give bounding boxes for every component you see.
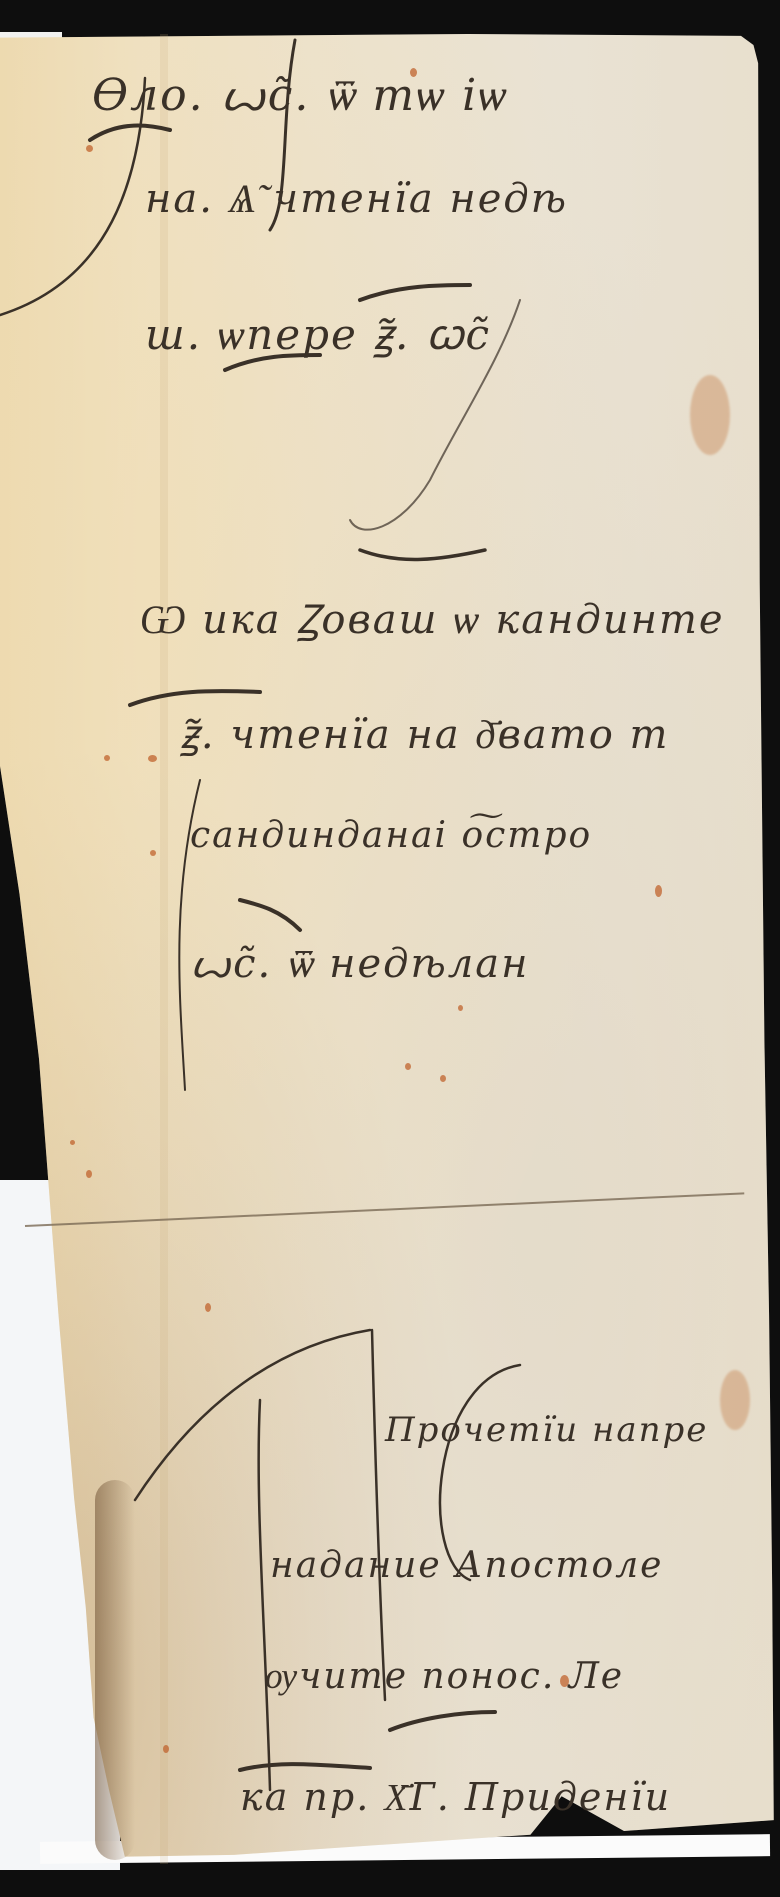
manuscript-line: ꙃ̃. чтенїа на д҃вато т [180,705,669,760]
manuscript-line: ш. ѡпере ꙃ̃. ꙍс̃ [145,305,491,362]
stain-cluster [690,375,730,455]
worn-edge-shadow [95,1480,135,1860]
stain-cluster [720,1370,750,1430]
stain-dot [150,850,156,856]
manuscript-line: на. Ѧ̃ чтенїа недѣ [145,175,568,222]
stain-dot [405,1063,411,1070]
stain-dot [163,1745,169,1753]
stain-dot [655,885,662,897]
stain-dot [148,755,157,762]
manuscript-line: Прочетїи напре [385,1410,708,1450]
manuscript-line: ѹчите понос. Ле [265,1655,624,1697]
manuscript-line: надание Апостоле [270,1545,663,1586]
manuscript-line: ка пр. Х҃Г. Приденїи [240,1775,671,1820]
manuscript-line: сандинданаі о͠стро [190,815,592,856]
manuscript-line: Ѡ ика Ꙁоваш ѡ кандинте [140,590,725,645]
manuscript-line: Ѳло. ꙍс̃. ѿ тѡ іѡ [92,70,508,121]
stain-dot [86,145,93,152]
stain-dot [104,755,110,761]
stain-dot [205,1303,211,1312]
stain-dot [458,1005,463,1011]
stain-dot [440,1075,446,1082]
stain-dot [86,1170,92,1178]
stain-dot [70,1140,75,1145]
manuscript-line: ꙍс̃. ѿ недѣлан [190,940,529,987]
